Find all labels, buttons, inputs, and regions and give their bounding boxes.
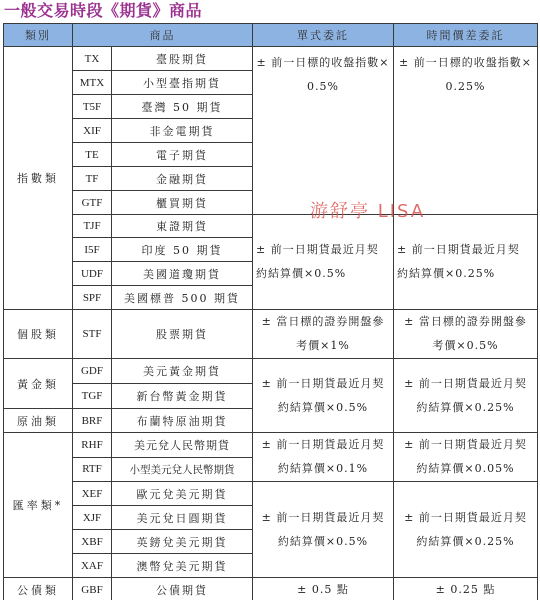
product-code: GTF: [73, 191, 112, 215]
category-cell: 指數類: [4, 47, 73, 310]
single-order-limit: ± 當日標的證券開盤參 考價×1%: [253, 310, 394, 359]
spread-order-limit: ± 當日標的證券開盤參 考價×0.5%: [394, 310, 538, 359]
limit-line-2: 約結算價×0.5%: [256, 262, 393, 286]
single-order-limit: ± 前一日期貨最近月契 約結算價×0.5%: [253, 482, 394, 578]
limit-line-1: ± 前一日期貨最近月契: [404, 377, 527, 390]
limit-line-1: ± 前一日期貨最近月契: [256, 243, 379, 256]
product-code: I5F: [73, 238, 112, 262]
limit-line-1: ± 前一日期貨最近月契: [404, 438, 527, 451]
table-row: 個股類 STF 股票期貨 ± 當日標的證券開盤參 考價×1% ± 當日標的證券開…: [4, 310, 538, 359]
table-row: 指數類 TX 臺股期貨 ± 前一日標的收盤指數× 0.5% ± 前一日標的收盤指…: [4, 47, 538, 71]
product-name: 英鎊兌美元期貨: [112, 530, 253, 554]
table-row: 公債類 GBF 公債期貨 ± 0.5 點 ± 0.25 點: [4, 578, 538, 600]
product-code: TX: [73, 47, 112, 71]
category-cell: 原油類: [4, 409, 73, 433]
spread-order-limit: ± 前一日期貨最近月契 約結算價×0.05%: [394, 433, 538, 482]
limit-line-1: ± 前一日標的收盤指數×: [399, 56, 532, 69]
product-name: 布蘭特原油期貨: [112, 409, 253, 433]
product-name: 臺股期貨: [112, 47, 253, 71]
product-code: TGF: [73, 384, 112, 409]
limit-line-1: ± 前一日期貨最近月契: [397, 243, 520, 256]
table-header-row: 類別 商品 單式委託 時間價差委託: [4, 24, 538, 47]
product-name: 歐元兌美元期貨: [112, 482, 253, 506]
limit-line-1: ± 前一日標的收盤指數×: [257, 56, 390, 69]
product-name: 新台幣黃金期貨: [112, 384, 253, 409]
product-code: XJF: [73, 506, 112, 530]
limit-line-1: ± 前一日期貨最近月契: [262, 511, 385, 524]
product-name: 美國標普 500 期貨: [112, 286, 253, 310]
table-row: TJF 東證期貨 ± 前一日期貨最近月契 約結算價×0.5% ± 前一日期貨最近…: [4, 215, 538, 238]
table-row: 黃金類 GDF 美元黃金期貨 ± 前一日期貨最近月契 約結算價×0.5% ± 前…: [4, 359, 538, 384]
header-spread-order: 時間價差委託: [394, 24, 538, 47]
product-name: 電子期貨: [112, 143, 253, 167]
product-name: 美元黃金期貨: [112, 359, 253, 384]
product-code: STF: [73, 310, 112, 359]
product-code: TF: [73, 167, 112, 191]
product-code: RHF: [73, 433, 112, 458]
product-name: 櫃買期貨: [112, 191, 253, 215]
single-order-limit: ± 前一日標的收盤指數× 0.5%: [253, 47, 394, 215]
limit-line-2: 考價×1%: [253, 334, 393, 358]
category-cell: 個股類: [4, 310, 73, 359]
product-name: 東證期貨: [112, 215, 253, 238]
limit-line-1: ± 前一日期貨最近月契: [262, 377, 385, 390]
limit-line-2: 約結算價×0.5%: [253, 530, 393, 554]
product-code: MTX: [73, 71, 112, 95]
product-code: GDF: [73, 359, 112, 384]
product-code: XEF: [73, 482, 112, 506]
spread-order-limit: ± 前一日期貨最近月契 約結算價×0.25%: [394, 359, 538, 433]
limit-line-1: ± 當日標的證券開盤參: [404, 315, 527, 328]
product-name: 小型美元兌人民幣期貨: [112, 457, 253, 482]
limit-line-1: ± 前一日期貨最近月契: [262, 438, 385, 451]
limit-line-2: 約結算價×0.1%: [253, 457, 393, 481]
product-name: 臺灣 50 期貨: [112, 95, 253, 119]
page-title: 一般交易時段《期貨》商品: [4, 0, 202, 22]
product-code: UDF: [73, 262, 112, 286]
category-cell: 黃金類: [4, 359, 73, 409]
limit-line-1: ± 當日標的證券開盤參: [262, 315, 385, 328]
category-cell: 匯率類*: [4, 433, 73, 578]
futures-products-table: 類別 商品 單式委託 時間價差委託 指數類 TX 臺股期貨 ± 前一日標的收盤指…: [3, 23, 538, 600]
limit-line-2: 約結算價×0.25%: [394, 396, 537, 420]
product-code: XBF: [73, 530, 112, 554]
product-name: 股票期貨: [112, 310, 253, 359]
limit-line-2: 0.25%: [394, 75, 537, 99]
table-row: XEF 歐元兌美元期貨 ± 前一日期貨最近月契 約結算價×0.5% ± 前一日期…: [4, 482, 538, 506]
spread-order-limit: ± 前一日期貨最近月契 約結算價×0.25%: [394, 482, 538, 578]
header-single-order: 單式委託: [253, 24, 394, 47]
product-code: SPF: [73, 286, 112, 310]
limit-line-2: 0.5%: [253, 75, 393, 99]
single-order-limit: ± 前一日期貨最近月契 約結算價×0.5%: [253, 215, 394, 310]
single-order-limit: ± 前一日期貨最近月契 約結算價×0.5%: [253, 359, 394, 433]
product-name: 澳幣兌美元期貨: [112, 554, 253, 578]
product-name: 非金電期貨: [112, 119, 253, 143]
header-product: 商品: [73, 24, 253, 47]
category-cell: 公債類: [4, 578, 73, 600]
product-code: TJF: [73, 215, 112, 238]
limit-line-2: 約結算價×0.25%: [397, 262, 537, 286]
product-name: 印度 50 期貨: [112, 238, 253, 262]
table-row: 匯率類* RHF 美元兌人民幣期貨 ± 前一日期貨最近月契 約結算價×0.1% …: [4, 433, 538, 458]
limit-line-2: 約結算價×0.05%: [394, 457, 537, 481]
spread-order-limit: ± 0.25 點: [394, 578, 538, 600]
product-name: 美國道瓊期貨: [112, 262, 253, 286]
limit-line-2: 約結算價×0.25%: [394, 530, 537, 554]
product-name: 公債期貨: [112, 578, 253, 600]
single-order-limit: ± 前一日期貨最近月契 約結算價×0.1%: [253, 433, 394, 482]
product-code: XAF: [73, 554, 112, 578]
product-code: T5F: [73, 95, 112, 119]
spread-order-limit: ± 前一日標的收盤指數× 0.25%: [394, 47, 538, 215]
product-name: 小型臺指期貨: [112, 71, 253, 95]
product-code: RTF: [73, 457, 112, 482]
limit-line-1: ± 前一日期貨最近月契: [404, 511, 527, 524]
product-code: GBF: [73, 578, 112, 600]
limit-line-2: 約結算價×0.5%: [253, 396, 393, 420]
limit-line-2: 考價×0.5%: [394, 334, 537, 358]
product-name: 金融期貨: [112, 167, 253, 191]
product-code: XIF: [73, 119, 112, 143]
product-code: TE: [73, 143, 112, 167]
product-code: BRF: [73, 409, 112, 433]
product-name: 美元兌日圓期貨: [112, 506, 253, 530]
product-name: 美元兌人民幣期貨: [112, 433, 253, 458]
single-order-limit: ± 0.5 點: [253, 578, 394, 600]
spread-order-limit: ± 前一日期貨最近月契 約結算價×0.25%: [394, 215, 538, 310]
header-category: 類別: [4, 24, 73, 47]
